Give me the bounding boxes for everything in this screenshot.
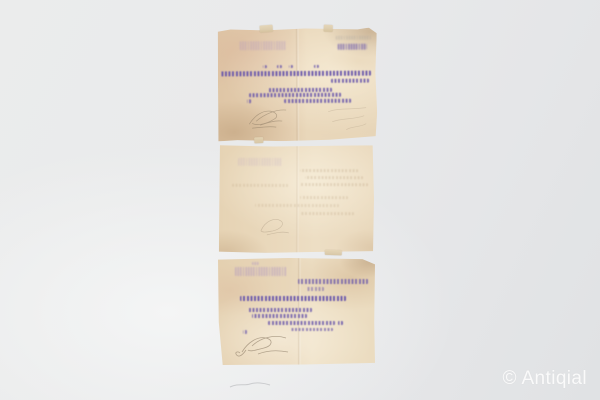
typewritten-line [331,79,369,83]
document-middle [219,145,374,254]
typewritten-line [240,296,346,301]
typewritten-line [268,88,332,92]
typewritten-line [298,279,368,284]
dust-fiber [228,379,272,391]
ink-stamp [238,158,282,166]
document-bottom [218,258,375,365]
typewritten-line [277,65,282,68]
ink-stamp [252,262,259,265]
photo-canvas: © Antiqial [0,0,600,400]
ink-stamp [338,44,367,50]
typewritten-line [300,183,368,186]
typewritten-line [263,65,267,68]
typewritten-line [314,65,319,68]
pencil-sketch [246,102,298,132]
typewritten-line [289,65,293,68]
typewritten-line [305,176,363,179]
ink-stamp [235,267,287,276]
typewritten-line [247,308,312,312]
tape-fragment [325,250,342,256]
typewritten-line [300,196,348,199]
typewritten-line [232,184,288,187]
tape-fragment [324,25,333,32]
typewritten-line [255,204,339,207]
pencil-sketch [234,326,304,360]
ink-stamp [240,41,286,50]
typewritten-line [338,321,343,325]
document-top [218,28,378,142]
ink-stamp [336,36,372,40]
faint-pencil-marks [326,106,368,132]
typewritten-line [300,212,354,215]
pencil-scribble [255,211,295,239]
typewritten-line [249,93,341,97]
watermark: © Antiqial [502,368,587,390]
typewritten-line [300,169,358,172]
typewritten-line [252,314,307,318]
typewritten-line [221,71,371,77]
tape-fragment [259,25,272,33]
tape-fragment [254,137,263,143]
typewritten-line [306,287,324,291]
ink-layer [219,145,374,254]
typewritten-line [268,321,335,325]
